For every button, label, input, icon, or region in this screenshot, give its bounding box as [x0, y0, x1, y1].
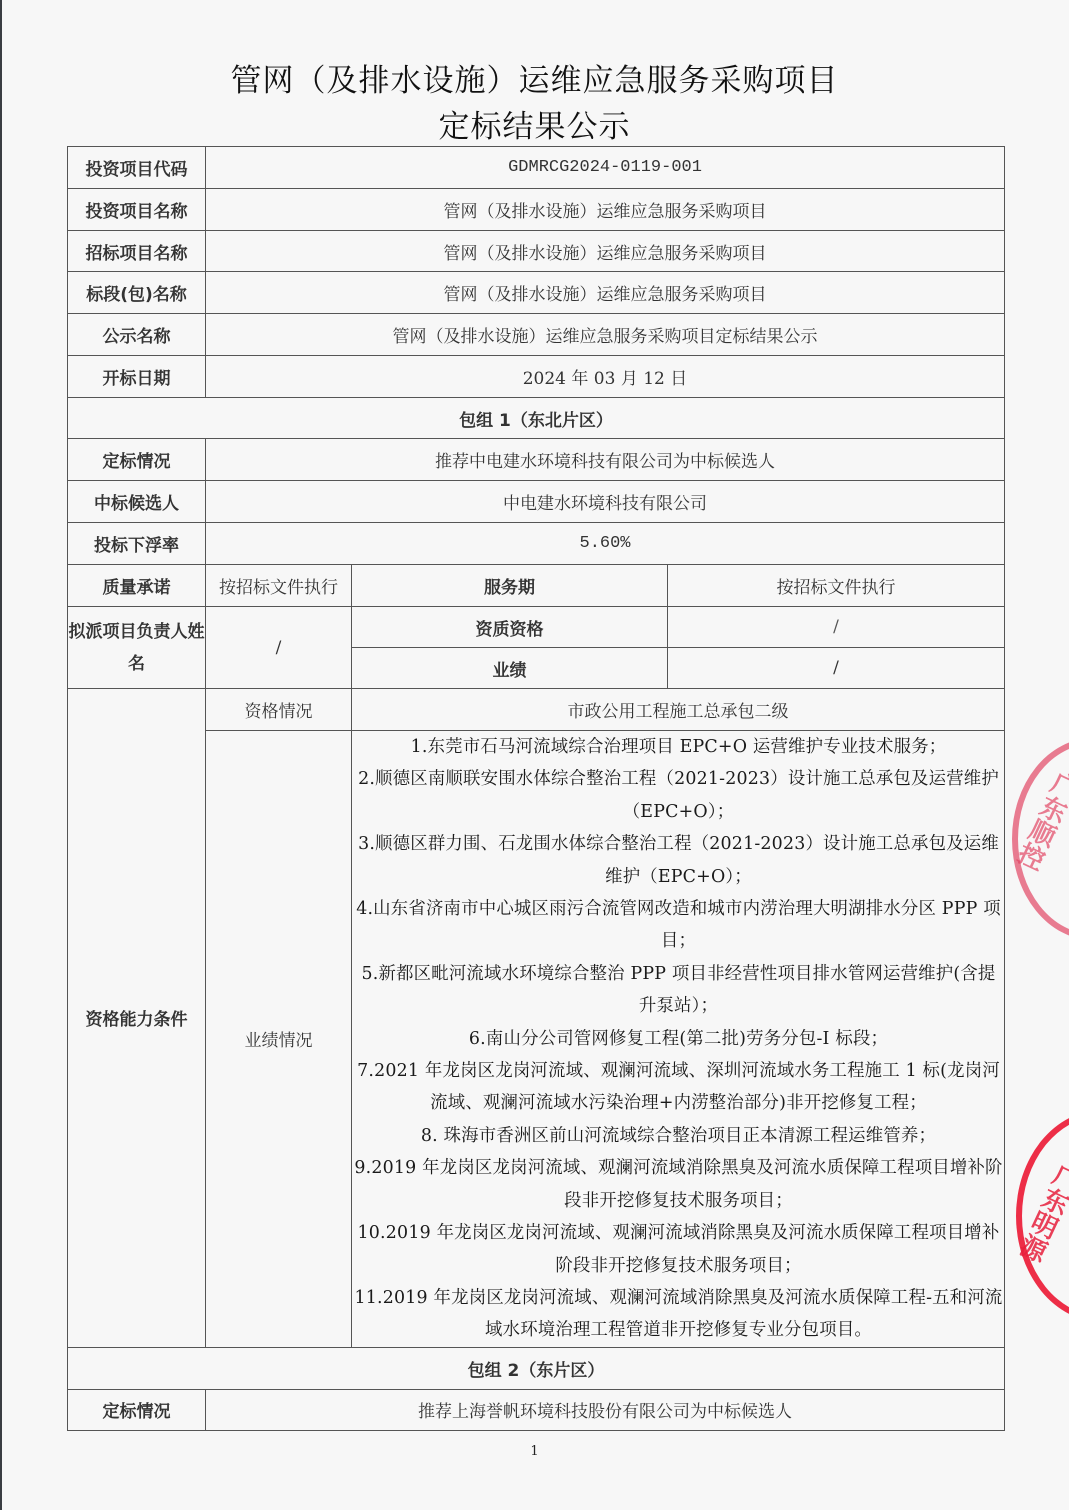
- table-row-notice-name: 公示名称 管网（及排水设施）运维应急服务采购项目定标结果公示: [68, 314, 1005, 356]
- seal-text: 广东明源: [1010, 1157, 1069, 1267]
- value-p1-manager-qual: /: [668, 607, 1005, 648]
- label-section-name: 标段(包)名称: [68, 272, 206, 314]
- label-project-code: 投资项目代码: [68, 147, 206, 189]
- label-p1-manager: 拟派项目负责人姓名: [68, 607, 206, 689]
- label-p1-award: 定标情况: [68, 439, 206, 481]
- performance-item: 7.2021 年龙岗区龙岗河流域、观澜河流域、深圳河流域水务工程施工 1 标(龙…: [352, 1055, 1004, 1120]
- value-notice-name: 管网（及排水设施）运维应急服务采购项目定标结果公示: [206, 314, 1005, 356]
- label-p1-manager-perf: 业绩: [352, 648, 668, 689]
- label-p1-qualification: 资格情况: [206, 689, 352, 731]
- table-row-p1-performance: 业绩情况 1.东莞市石马河流域综合治理项目 EPC+O 运营维护专业技术服务； …: [68, 731, 1005, 1348]
- table-row-p1-quality-service: 质量承诺 按招标文件执行 服务期 按招标文件执行: [68, 565, 1005, 607]
- value-opening-date: 2024 年 03 月 12 日: [206, 356, 1005, 398]
- package2-heading-row: 包组 2（东片区）: [68, 1347, 1005, 1389]
- performance-item: 8. 珠海市香洲区前山河流域综合整治项目正本清源工程运维管养；: [352, 1120, 1004, 1152]
- document-subtitle: 定标结果公示: [0, 101, 1069, 146]
- label-p1-manager-qual: 资质资格: [352, 607, 668, 648]
- value-p1-discount: 5.60%: [206, 523, 1005, 565]
- table-row-p1-manager-qual: 拟派项目负责人姓名 / 资质资格 /: [68, 607, 1005, 648]
- table-row-project-code: 投资项目代码 GDMRCG2024-0119-001: [68, 147, 1005, 189]
- label-opening-date: 开标日期: [68, 356, 206, 398]
- table-row-section-name: 标段(包)名称 管网（及排水设施）运维应急服务采购项目: [68, 272, 1005, 314]
- performance-item: 3.顺德区群力围、石龙围水体综合整治工程（2021-2023）设计施工总承包及运…: [352, 828, 1004, 893]
- value-p1-service: 按招标文件执行: [668, 565, 1005, 607]
- performance-item: 11.2019 年龙岗区龙岗河流域、观澜河流域消除黑臭及河流水质保障工程-五和河…: [352, 1282, 1004, 1347]
- result-table: 投资项目代码 GDMRCG2024-0119-001 投资项目名称 管网（及排水…: [67, 146, 1005, 1431]
- p1-performance-list: 1.东莞市石马河流域综合治理项目 EPC+O 运营维护专业技术服务； 2.顺德区…: [352, 731, 1005, 1348]
- label-notice-name: 公示名称: [68, 314, 206, 356]
- package1-heading: 包组 1（东北片区）: [68, 398, 1005, 439]
- performance-item: 5.新都区毗河流域水环境综合整治 PPP 项目非经营性项目排水管网运营维护(含提…: [352, 958, 1004, 1023]
- label-p1-discount: 投标下浮率: [68, 523, 206, 565]
- page-number: 1: [0, 1444, 1069, 1459]
- label-p1-quality: 质量承诺: [68, 565, 206, 607]
- table-row-opening-date: 开标日期 2024 年 03 月 12 日: [68, 356, 1005, 398]
- performance-item: 6.南山分公司管网修复工程(第二批)劳务分包-I 标段；: [352, 1023, 1004, 1055]
- seal-text: 广东顺控: [1008, 765, 1069, 875]
- table-row-p1-award: 定标情况 推荐中电建水环境科技有限公司为中标候选人: [68, 439, 1005, 481]
- table-row-investment-name: 投资项目名称 管网（及排水设施）运维应急服务采购项目: [68, 189, 1005, 231]
- table-row-p2-award: 定标情况 推荐上海誉帆环境科技股份有限公司为中标候选人: [68, 1389, 1005, 1430]
- value-p2-award: 推荐上海誉帆环境科技股份有限公司为中标候选人: [206, 1389, 1005, 1430]
- label-tender-name: 招标项目名称: [68, 231, 206, 272]
- performance-item: 4.山东省济南市中心城区雨污合流管网改造和城市内涝治理大明湖排水分区 PPP 项…: [352, 893, 1004, 958]
- label-p1-service: 服务期: [352, 565, 668, 607]
- document-title: 管网（及排水设施）运维应急服务采购项目: [0, 55, 1069, 100]
- performance-item: 2.顺德区南顺联安围水体综合整治工程（2021-2023）设计施工总承包及运营维…: [352, 763, 1004, 828]
- performance-item: 10.2019 年龙岗区龙岗河流域、观澜河流域消除黑臭及河流水质保障工程项目增补…: [352, 1217, 1004, 1282]
- official-seal-stamp: 广东明源: [1016, 1110, 1069, 1322]
- package2-heading: 包组 2（东片区）: [68, 1347, 1005, 1389]
- label-investment-name: 投资项目名称: [68, 189, 206, 231]
- performance-item: 1.东莞市石马河流域综合治理项目 EPC+O 运营维护专业技术服务；: [352, 731, 1004, 763]
- value-tender-name: 管网（及排水设施）运维应急服务采购项目: [206, 231, 1005, 272]
- value-p1-award: 推荐中电建水环境科技有限公司为中标候选人: [206, 439, 1005, 481]
- official-seal-stamp: 广东顺控: [1012, 738, 1069, 940]
- value-investment-name: 管网（及排水设施）运维应急服务采购项目: [206, 189, 1005, 231]
- value-p1-quality: 按招标文件执行: [206, 565, 352, 607]
- value-p1-winner: 中电建水环境科技有限公司: [206, 481, 1005, 523]
- value-section-name: 管网（及排水设施）运维应急服务采购项目: [206, 272, 1005, 314]
- label-p1-performance: 业绩情况: [206, 731, 352, 1348]
- value-p1-qualification: 市政公用工程施工总承包二级: [352, 689, 1005, 731]
- label-p2-award: 定标情况: [68, 1389, 206, 1430]
- performance-item: 9.2019 年龙岗区龙岗河流域、观澜河流域消除黑臭及河流水质保障工程项目增补阶…: [352, 1152, 1004, 1217]
- table-row-p1-discount: 投标下浮率 5.60%: [68, 523, 1005, 565]
- label-p1-winner: 中标候选人: [68, 481, 206, 523]
- table-row-tender-name: 招标项目名称 管网（及排水设施）运维应急服务采购项目: [68, 231, 1005, 272]
- table-row-p1-qualification: 资格能力条件 资格情况 市政公用工程施工总承包二级: [68, 689, 1005, 731]
- table-row-p1-winner: 中标候选人 中电建水环境科技有限公司: [68, 481, 1005, 523]
- value-p1-manager: /: [206, 607, 352, 689]
- label-p1-capability: 资格能力条件: [68, 689, 206, 1348]
- value-project-code: GDMRCG2024-0119-001: [206, 147, 1005, 189]
- value-p1-manager-perf: /: [668, 648, 1005, 689]
- page-left-edge: [0, 0, 2, 1510]
- package1-heading-row: 包组 1（东北片区）: [68, 398, 1005, 439]
